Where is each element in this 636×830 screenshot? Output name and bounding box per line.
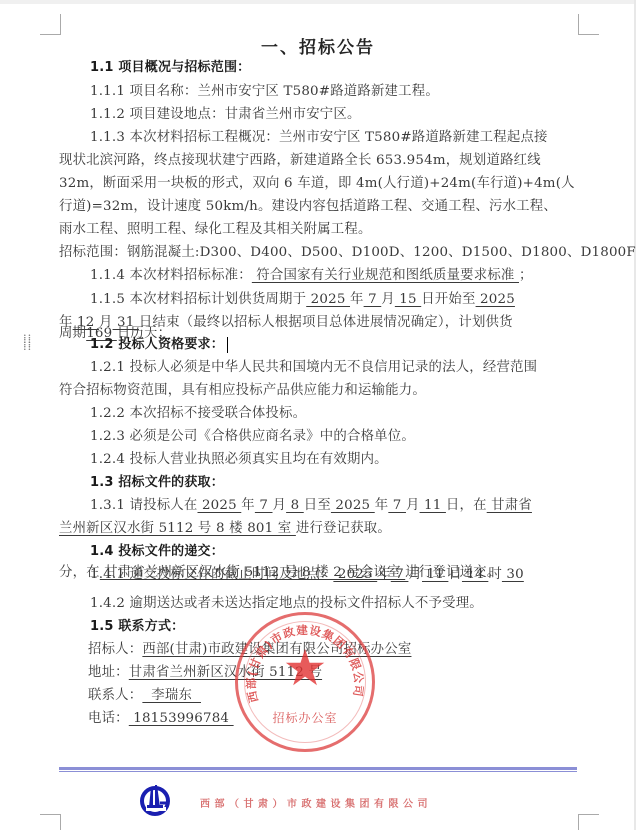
text: 日，在 (446, 498, 487, 513)
item-1-1-3-line5: 雨水工程、照明工程、绿化工程及其相关附属工程。 (59, 218, 579, 241)
doc-end-year[interactable]: 2025 (331, 498, 375, 513)
text-cursor (227, 337, 229, 353)
text: 月 (381, 292, 395, 307)
page-corner-marker-top-right (578, 14, 599, 35)
item-1-4-2: 1.4.2 逾期送达或者未送达指定地点的投标文件招标人不予受理。 (90, 592, 610, 615)
supply-start-year[interactable]: 2025 (306, 292, 350, 307)
section-heading-1-3: 1.3 招标文件的获取： (90, 471, 610, 494)
text: 年 (350, 292, 364, 307)
doc-place-a[interactable]: 甘肃省 (487, 498, 532, 513)
doc-start-day[interactable]: 8 (286, 498, 304, 513)
item-1-1-1: 1.1.1 项目名称：兰州市安宁区 T580#路道路新建工程。 (90, 80, 610, 103)
item-1-2-1-line1: 1.2.1 投标人必须是中华人民共和国境内无不良信用记录的法人，经营范围 (90, 356, 610, 379)
page-corner-marker-bottom-right (578, 814, 599, 830)
item-1-2-1-line2: 符合招标物资范围，具有相应投标产品供应能力和运输能力。 (59, 379, 579, 402)
seal-star-icon: ★ (238, 643, 372, 693)
text: 分，在 (59, 565, 100, 580)
item-1-3-1-line1: 1.3.1 请投标人在 2025 年 7 月 8 日至 2025 年 7 月 1… (90, 494, 610, 517)
footer-rule-thin (59, 771, 577, 772)
company-logo-icon (138, 783, 172, 817)
official-seal: 西部(甘肃)市政建设集团有限公司 ★ 招标办公室 (235, 612, 375, 752)
phone-label: 电话： (88, 711, 129, 726)
item-1-4-1-line2: 分，在 甘肃省兰州新区汉水街 5112 号 8 楼 2 号会议室 进行登记递交。 (59, 561, 579, 584)
text: 年 (241, 498, 255, 513)
page-corner-marker-bottom-left (40, 814, 61, 830)
item-1-1-3-line4: 行道)=32m，设计速度 50km/h。建设内容包括道路工程、交通工程、污水工程… (59, 195, 579, 218)
text: 年 (375, 498, 389, 513)
supply-start-month[interactable]: 7 (364, 292, 382, 307)
document-title: 一、招标公告 (0, 33, 636, 58)
item-1-1-4: 1.1.4 本次材料招标标准： 符合国家有关行业规范和图纸质量要求标准 ； (90, 264, 610, 287)
item-1-1-2: 1.1.2 项目建设地点：甘肃省兰州市安宁区。 (90, 103, 610, 126)
footer-company-name: 西部（甘肃）市政建设集团有限公司 (200, 795, 432, 810)
section-heading-1-1: 1.1 项目概况与招标范围： (90, 56, 610, 79)
text: 日开始至 (421, 292, 475, 307)
text: 1.3.1 请投标人在 (90, 498, 197, 513)
submission-place[interactable]: 甘肃省兰州新区汉水街 5112 号 8 楼 2 号会议室 (100, 565, 405, 580)
top-edge (0, 0, 636, 4)
doc-end-month[interactable]: 7 (388, 498, 406, 513)
supply-end-year[interactable]: 2025 (476, 292, 515, 307)
section-heading-1-4: 1.4 投标文件的递交： (90, 540, 610, 563)
text: 日至 (304, 498, 331, 513)
phone-value[interactable]: 18153996784 (129, 711, 234, 726)
item-1-2-2: 1.2.2 本次招标不接受联合体投标。 (90, 402, 610, 425)
page-corner-marker-top-left (40, 14, 61, 35)
item-1-1-3-line1: 1.1.3 本次材料招标工程概况：兰州市安宁区 T580#路道路新建工程起点接 (90, 126, 610, 149)
doc-start-month[interactable]: 7 (255, 498, 273, 513)
punctuation: ； (519, 268, 533, 283)
item-1-2-3: 1.2.3 必须是公司《合格供应商名录》中的合格单位。 (90, 425, 610, 448)
item-1-2-4: 1.2.4 投标人营业执照必须真实且均在有效期内。 (90, 448, 610, 471)
item-1-1-5-line1: 1.1.5 本次材料招标计划供货周期于 2025 年 7 月 15 日开始至 2… (90, 288, 610, 311)
tender-scope: 招标范围：钢筋混凝土:D300、D400、D500、D100D、1200、D15… (59, 241, 579, 264)
text: 进行登记递交。 (405, 565, 500, 580)
text: 进行登记获取。 (296, 521, 391, 536)
quality-standard-field[interactable]: 符合国家有关行业规范和图纸质量要求标准 (252, 268, 519, 283)
footer-rule (59, 767, 577, 770)
tenderer-label: 招标人： (88, 642, 142, 657)
doc-place-b[interactable]: 兰州新区汉水街 5112 号 8 楼 801 室 (59, 521, 296, 536)
text: 月 (273, 498, 287, 513)
drag-handle-icon[interactable]: ⁞⁞⁞⁞ (23, 336, 32, 350)
text: 周期 (59, 326, 86, 341)
doc-start-year[interactable]: 2025 (197, 498, 241, 513)
item-1-1-3-line2: 现状北滨河路，终点接现状建宁西路，新建道路全长 653.954m，规划道路红线 (59, 149, 579, 172)
heading-text: 1.2 投标人资格要求： (90, 337, 224, 352)
address-label: 地址： (88, 665, 129, 680)
item-1-1-4-label: 1.1.4 本次材料招标标准： (90, 268, 252, 283)
text: 月 (406, 498, 420, 513)
contact-value[interactable]: 李瑞东 (142, 688, 201, 703)
seal-center-text: 招标办公室 (238, 709, 372, 726)
item-1-3-1-line2: 兰州新区汉水街 5112 号 8 楼 801 室 进行登记获取。 (59, 517, 579, 540)
contact-label: 联系人： (88, 688, 142, 703)
item-1-1-5-label: 1.1.5 本次材料招标计划供货周期于 (90, 292, 306, 307)
supply-start-day[interactable]: 15 (395, 292, 421, 307)
doc-end-day[interactable]: 11 (420, 498, 446, 513)
item-1-1-3-line3: 32m，断面采用一块板的形式，双向 6 车道，即 4m(人行道)+24m(车行道… (59, 172, 579, 195)
section-heading-1-2: 1.2 投标人资格要求： (90, 333, 610, 356)
